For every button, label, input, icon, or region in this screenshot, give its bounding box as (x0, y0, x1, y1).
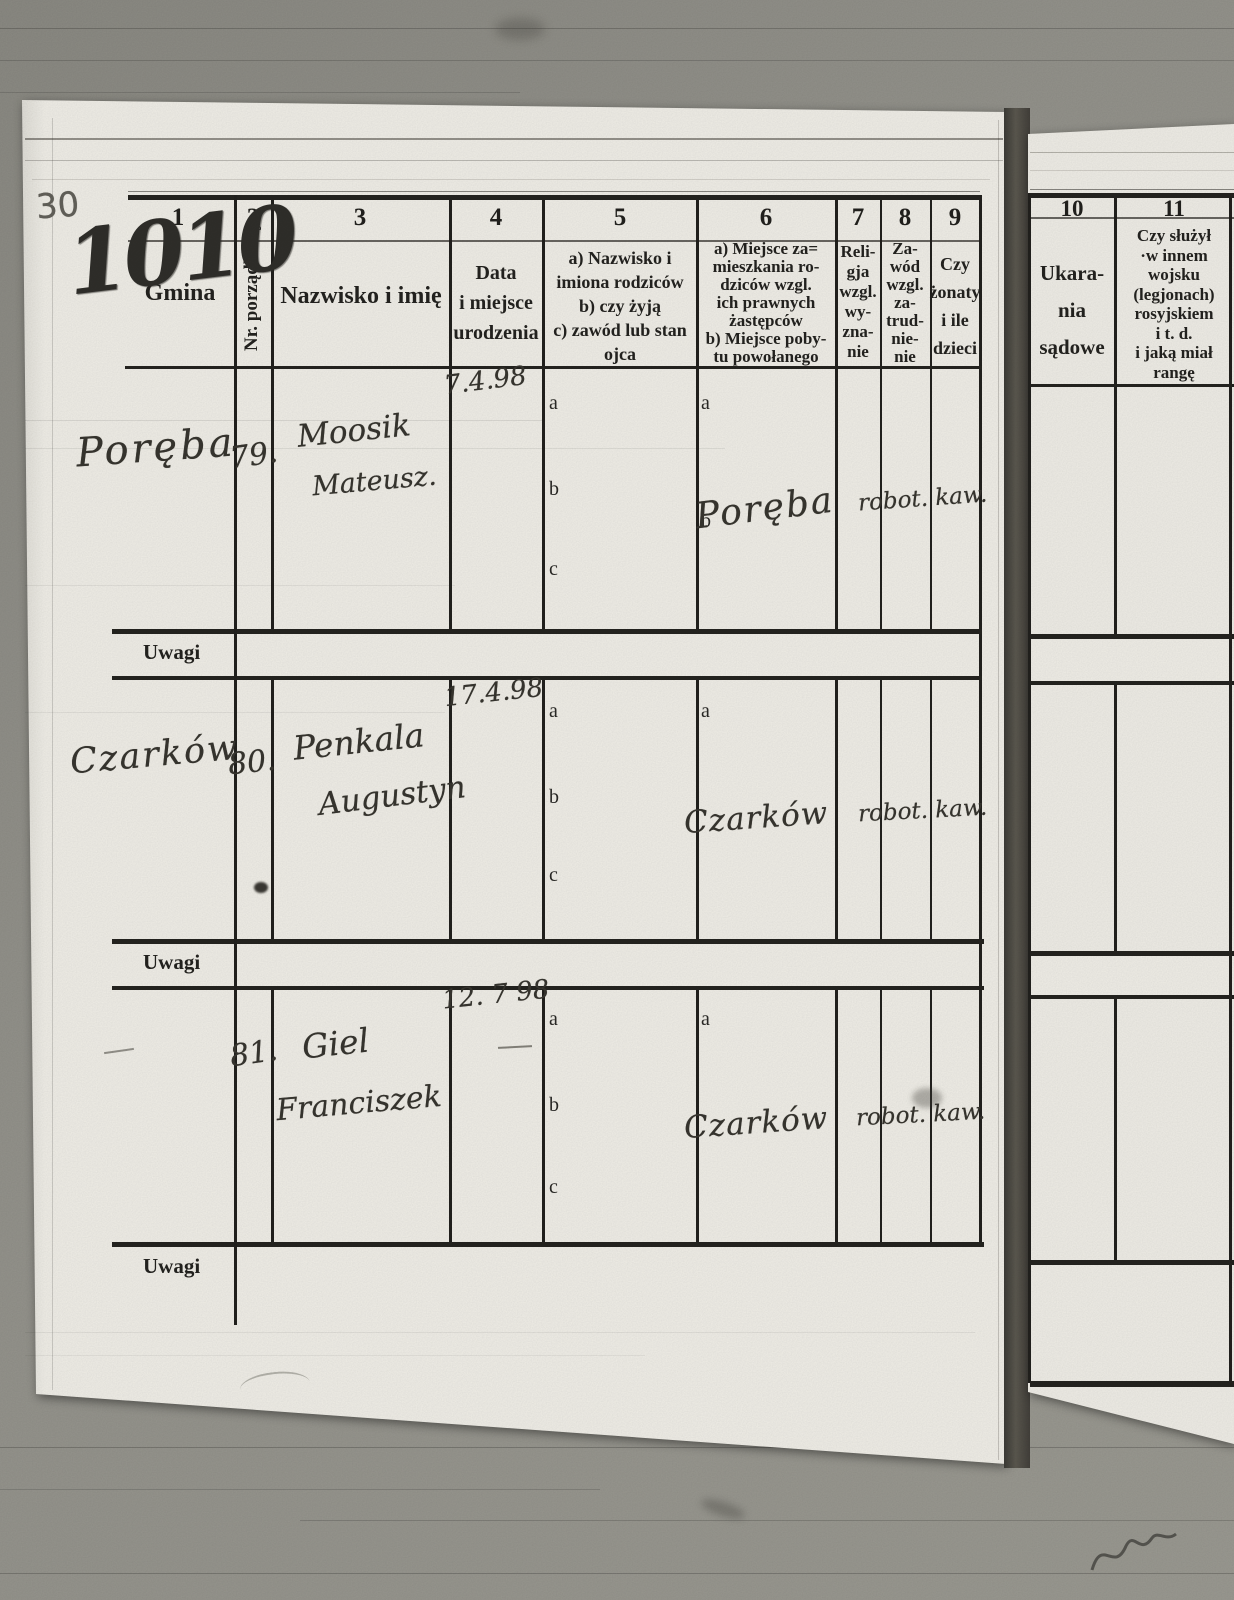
scan-line (25, 585, 455, 586)
col10-number: 10 (1061, 196, 1084, 222)
scan-line (25, 420, 545, 421)
rule-record2-bottom (112, 939, 984, 944)
rule-record1-bottom (112, 629, 982, 634)
rule-col7-col8 (880, 195, 882, 1245)
marker-b: b (549, 1094, 559, 1117)
marker-a: a (549, 392, 558, 415)
col5-header-rodzice: a) Nazwisko i imiona rodziców b) czy żyj… (553, 246, 687, 366)
scan-line (25, 1355, 645, 1356)
marker-a: a (701, 700, 710, 723)
col6-number: 6 (760, 204, 773, 232)
record3-surname: Giel (300, 1021, 371, 1067)
rule-col3-col4 (449, 195, 452, 1245)
rule-col2-col3 (271, 195, 274, 1245)
uwagi-strip-right (1033, 956, 1229, 995)
col6-header-miejsce: a) Miejsce za= mieszkania ro- dziców wzg… (706, 240, 827, 366)
col3-header-nazwisko: Nazwisko i imię (280, 283, 441, 309)
rule-right-top-thin (1030, 189, 1234, 190)
col4-header-data-urodzenia: Data i miejsce urodzenia (453, 258, 538, 348)
rule-header-bottom (125, 366, 982, 369)
rule-right-box1-bottom (1030, 634, 1234, 639)
col10-header-ukarania: Ukara- nia sądowe (1039, 255, 1104, 366)
col11-header-sluzba: Czy służył ·w innem wojsku (legjonach) r… (1133, 226, 1214, 382)
marker-a: a (701, 1008, 710, 1031)
marker-a: a (549, 700, 558, 723)
rule-right-table-right (1229, 193, 1232, 1383)
sheet-edge-line (32, 179, 990, 180)
rule-right-table-left (1028, 193, 1031, 1383)
marker-b: b (549, 478, 559, 501)
record3-nr: 81. (228, 1033, 280, 1074)
marker-c: c (549, 864, 558, 887)
rule-uwagi1-bottom (112, 676, 982, 680)
fold-line (998, 120, 999, 1460)
uwagi-strip-right (1033, 639, 1229, 681)
uwagi-strip (237, 943, 979, 987)
marker-a: a (549, 1008, 558, 1031)
col3-number: 3 (354, 204, 367, 232)
col8-header-zawod: Za- wód wzgl. za- trud- nie- nie (886, 240, 924, 366)
sheet-edge-line (1030, 152, 1234, 153)
rule-col6-col7 (835, 195, 838, 1245)
uwagi-label-3: Uwagi (143, 1254, 200, 1279)
col11-number: 11 (1163, 196, 1185, 222)
rule-right-box3-bottom (1030, 1260, 1234, 1265)
rule-col10-col11 (1114, 193, 1117, 1260)
marker-c: c (549, 1176, 558, 1199)
sheet-edge-line (25, 138, 1003, 140)
smudge (912, 1088, 942, 1108)
uwagi-label-1: Uwagi (143, 640, 200, 665)
marker-b: b (549, 786, 559, 809)
record1-nr: 79. (228, 435, 280, 476)
record2-nr: 80. (226, 743, 277, 783)
col5-number: 5 (614, 204, 627, 232)
col9-number: 9 (949, 204, 962, 232)
sheet-edge-line (1030, 170, 1234, 171)
scanned-register-page: 1 2 3 4 5 6 7 8 9 10 11 Gmina Nr. porząd… (0, 0, 1234, 1600)
rule-right-box3-top (1030, 995, 1234, 999)
bottom-right-squiggle (1088, 1528, 1183, 1588)
rule-col5-col6 (696, 195, 699, 1245)
rule-right-page-bottom (1030, 1381, 1234, 1387)
marker-a: a (701, 392, 710, 415)
uwagi-label-2: Uwagi (143, 950, 200, 975)
col7-number: 7 (852, 204, 865, 232)
rule-record3-bottom (112, 1242, 984, 1247)
ink-blot (254, 882, 268, 893)
rule-right-header-bottom (1030, 384, 1234, 387)
fold-line (52, 118, 53, 1390)
rule-col4-col5 (542, 195, 545, 1245)
uwagi-strip (237, 633, 979, 677)
rule-right-box2-top (1030, 681, 1234, 685)
col4-number: 4 (490, 204, 503, 232)
col7-header-religja: Reli- gja wzgl. wy- zna- nie (839, 242, 876, 362)
scan-line (25, 1332, 975, 1333)
rule-right-box2-bottom (1030, 951, 1234, 956)
sheet-edge-line (25, 160, 1003, 161)
col9-header-czy-zonaty: Czy żonaty i ile dzieci (930, 250, 981, 362)
marker-c: c (549, 558, 558, 581)
col8-number: 8 (899, 204, 912, 232)
